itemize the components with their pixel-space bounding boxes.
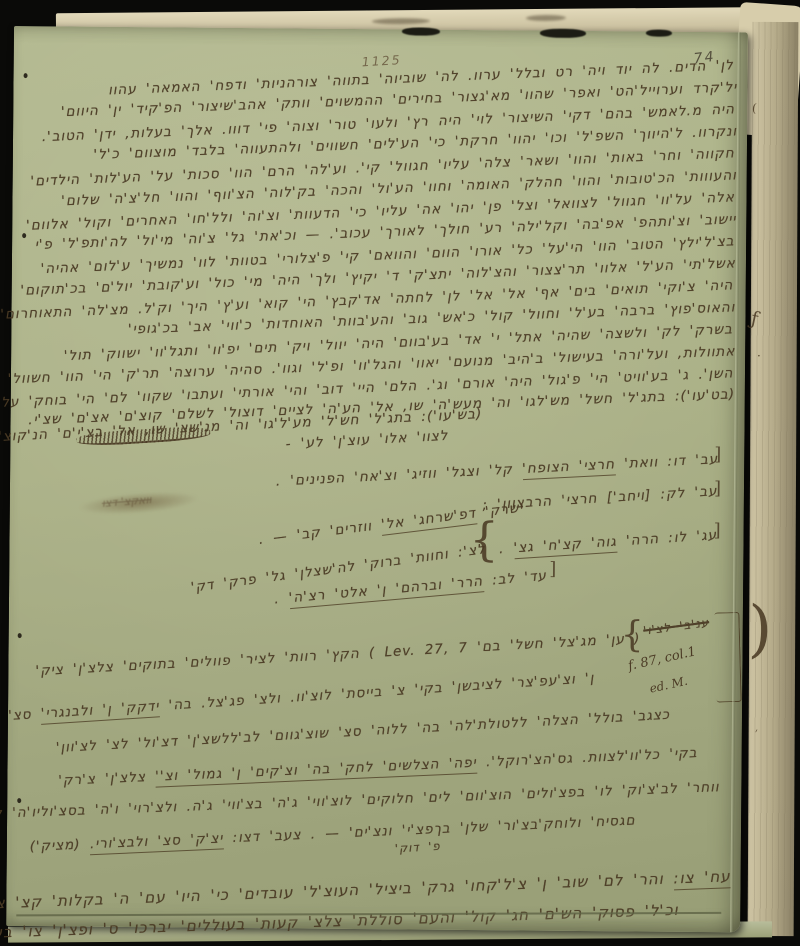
ink-speck (22, 233, 26, 238)
handwriting: ווזרים' קב' — . (258, 517, 382, 548)
top-edge-damage (402, 27, 440, 35)
underlined-words: דפ'שרחג' אל' (381, 505, 478, 535)
top-edge-damage (646, 30, 672, 37)
manuscript-line: ענ'ב' לצ'ו' (642, 616, 709, 637)
ink-bracket-mark: { (621, 617, 644, 653)
handwriting: בקי' כל'וו'לצוות. גס'הצ'רוקל'. (477, 745, 698, 771)
edge-ink-trace (526, 15, 566, 21)
fore-edge-mark: ׳ (755, 726, 758, 738)
ink-bracket-mark: ] (549, 561, 556, 579)
ink-speck (18, 633, 22, 638)
ink-bracket-mark: { (469, 516, 499, 562)
manuscript-line: םגסיח' ולוחק'בצ'ור' שלן' בךפצ'י' ונצ'ים'… (29, 813, 636, 854)
ink-speck (24, 73, 28, 78)
underlined-words: גוה' קצ'ח' גצ' (514, 534, 618, 560)
underlined-words: יצ'ק' סצ' ולבצ'ורי. (89, 830, 223, 855)
fore-edge-mark: · (757, 350, 761, 362)
manuscript-line: בקי' כל'וו'לצוות. גס'הצ'רוקל'. יפה' הצלש… (58, 746, 698, 789)
handwriting: עג' לו: הרה' (617, 527, 718, 549)
ink-bracket-mark: ] (714, 480, 721, 498)
manuscript-line: פ' דוק' (395, 840, 441, 855)
handwriting: . (274, 590, 290, 607)
underlined-words: חרצי' הצופח' (522, 456, 616, 480)
ink-bracket-mark: ] (714, 522, 721, 540)
handwriting: צלצ'ן' צ'רק' (58, 769, 156, 789)
ink-bracket-mark: ] (714, 446, 721, 464)
struck-words: ענ'ב' לצ'ו' (642, 615, 710, 638)
inventory-number: 1125 (361, 52, 402, 69)
handwriting: עב' דו: וואת' (615, 451, 719, 472)
handwriting: לצוו' אלו' עוצ'ן' לע' - (285, 428, 449, 453)
ink-speck (17, 798, 21, 803)
fore-edge-mark: ) (747, 598, 772, 660)
top-edge-damage (540, 29, 586, 38)
manuscript-line: לצוו' אלו' עוצ'ן' לע' - (285, 429, 449, 452)
handwriting: עד' לב: (483, 568, 548, 590)
margin-note-edition: ed. M. (649, 674, 690, 696)
underlined-words: עח' צו: (673, 867, 731, 890)
edge-ink-trace (372, 18, 430, 25)
manuscript-line: עב' דו: וואת' חרצי' הצופח' קל' וצגל' ווז… (275, 452, 718, 489)
underlined-words: ידקק' ן' ולבנגרי' (40, 698, 160, 725)
underlined-words: יפה' הצלשים' לחק' בה' וצ'קים' ן' גמול' ו… (155, 755, 477, 788)
handwriting: . (499, 540, 515, 557)
handwriting: ן' וצ'עפ'צר' לציבשן' בקי' צ' בייסת' לוצ'… (159, 670, 595, 714)
handwriting: (מציק') (29, 836, 90, 855)
handwriting: קל' וצגל' ווזיג' וצ'אח' הפנינים' . (275, 461, 522, 489)
manuscript-line: עג' לו: הרה' גוה' קצ'ח' גצ' . (499, 528, 718, 557)
handwriting: פ' דוק' (395, 839, 442, 856)
manuscript-page: 74 1125 לן' הדים. לה יוד ויה' רט ובלל' ע… (6, 26, 748, 932)
photo-stage: 74 1125 לן' הדים. לה יוד ויה' רט ובלל' ע… (0, 0, 800, 946)
book-pages-edge-right (748, 22, 799, 936)
margin-bracket (714, 612, 741, 703)
handwriting: סצ' ן' (0, 706, 41, 725)
